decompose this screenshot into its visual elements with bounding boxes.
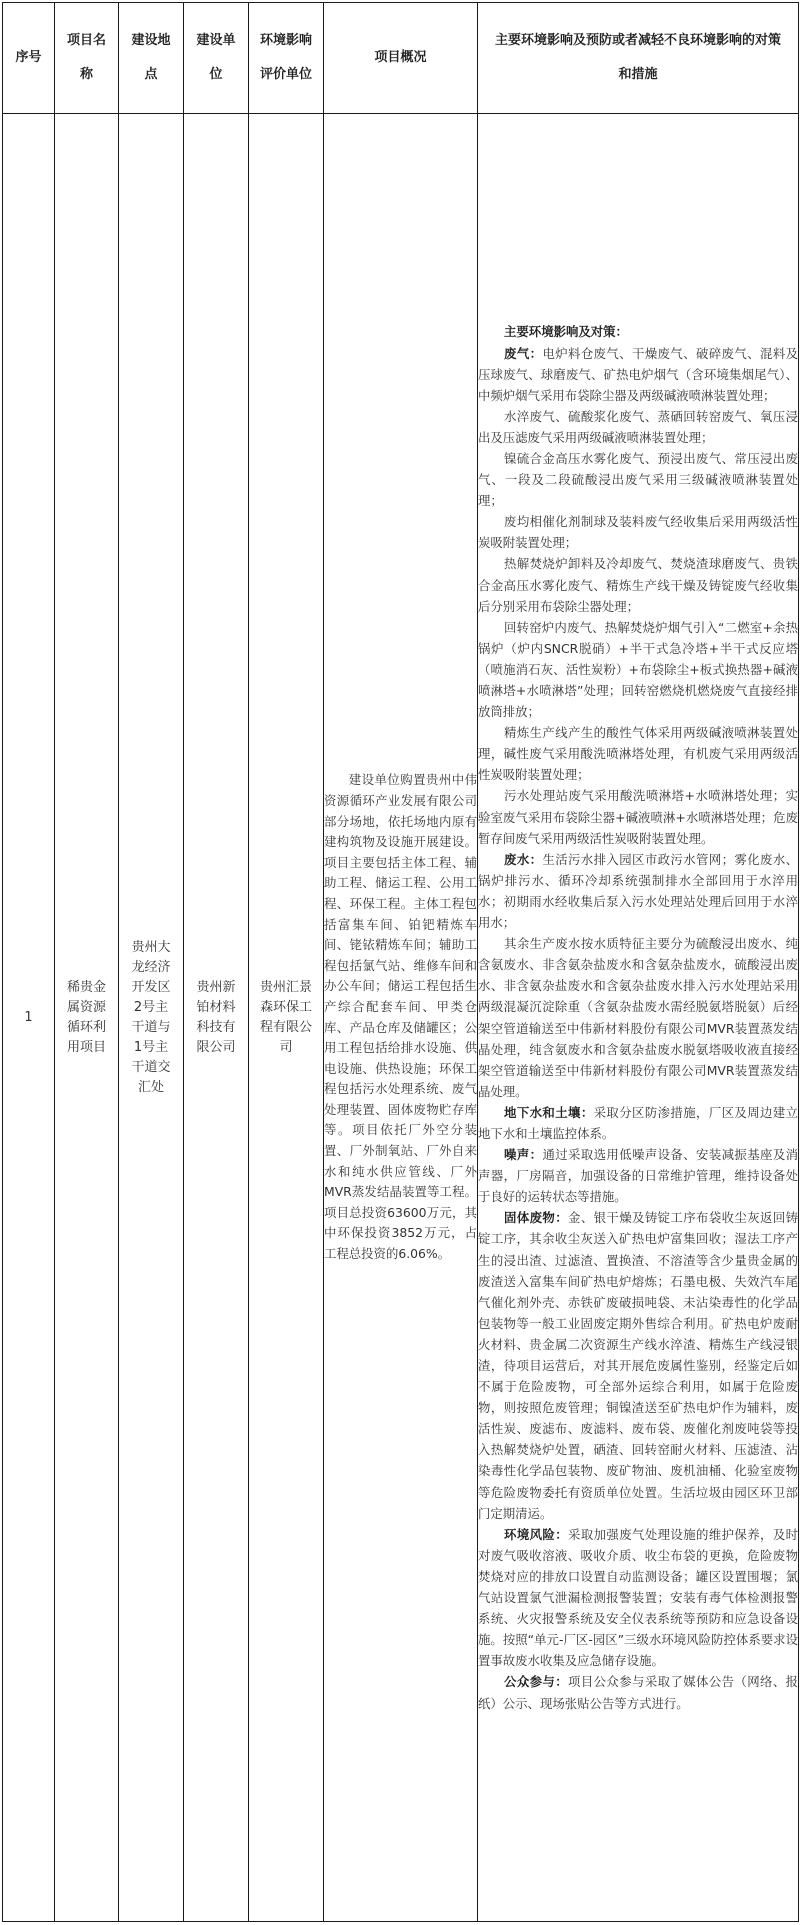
measure-paragraph: 环境风险：采取加强废气处理设施的维护保养，及时对废气吸收溶液、吸收介质、收尘布袋… [478, 1524, 798, 1672]
cell-location: 贵州大龙经济开发区2号主干道与1号主干道交汇处 [119, 114, 184, 1922]
cell-builder: 贵州新铂材料科技有限公司 [184, 114, 249, 1922]
measure-paragraph: 废气：电炉料仓废气、干燥废气、破碎废气、混料及压球废气、球磨废气、矿热电炉烟气（… [478, 343, 798, 406]
eia-approval-table: 序号 项目名称 建设地点 建设单位 环境影响评价单位 项目概况 主要环境影响及预… [2, 2, 799, 1922]
measure-paragraph: 固体废物：金、银干燥及铸锭工序布袋收尘灰返回铸锭工序，其余收尘灰送入矿热电炉富集… [478, 1207, 798, 1523]
measure-text: 热解焚烧炉卸料及冷却废气、焚烧渣球磨废气、贵铁合金高压水雾化废气、精炼生产线干燥… [478, 556, 798, 613]
cell-measures: 主要环境影响及对策： 废气：电炉料仓废气、干燥废气、破碎废气、混料及压球废气、球… [478, 114, 799, 1922]
measure-label: 噪声： [504, 1147, 542, 1162]
measure-text: 镍硫合金高压水雾化废气、预浸出废气、常压浸出废气、一段及二段硫酸浸出废气采用三级… [478, 451, 798, 508]
measure-label: 公众参与： [504, 1674, 568, 1689]
measure-label: 废气： [504, 346, 542, 361]
measure-paragraph: 污水处理站废气采用酸洗喷淋塔+水喷淋塔处理；实验室废气采用布袋除尘器+碱液喷淋+… [478, 785, 798, 848]
measure-paragraph: 其余生产废水按水质特征主要分为硫酸浸出废水、纯含氨废水、非含氨杂盐废水和含氨杂盐… [478, 933, 798, 1102]
header-measures: 主要环境影响及预防或者减轻不良环境影响的对策和措施 [478, 3, 799, 114]
header-overview: 项目概况 [324, 3, 478, 114]
measure-text: 精炼生产线产生的酸性气体采用两级碱液喷淋装置处理，碱性废气采用酸洗喷淋塔处理，有… [478, 725, 798, 782]
measures-title: 主要环境影响及对策： [478, 321, 798, 342]
measure-paragraph: 热解焚烧炉卸料及冷却废气、焚烧渣球磨废气、贵铁合金高压水雾化废气、精炼生产线干燥… [478, 553, 798, 616]
cell-project-name: 稀贵金属资源循环利用项目 [55, 114, 119, 1922]
measure-paragraph: 噪声：通过采取选用低噪声设备、安装减振基座及消声器，厂房隔音，加强设备的日常维护… [478, 1144, 798, 1207]
measure-paragraph: 水淬废气、硫酸浆化废气、蒸硒回转窑废气、氧压浸出及压滤废气采用两级碱液喷淋装置处… [478, 406, 798, 448]
measure-paragraph: 地下水和土壤：采取分区防渗措施，厂区及周边建立地下水和土壤监控体系。 [478, 1102, 798, 1144]
header-project-name: 项目名称 [55, 3, 119, 114]
table-row: 1 稀贵金属资源循环利用项目 贵州大龙经济开发区2号主干道与1号主干道交汇处 贵… [3, 114, 799, 1922]
measure-paragraph: 精炼生产线产生的酸性气体采用两级碱液喷淋装置处理，碱性废气采用酸洗喷淋塔处理，有… [478, 722, 798, 785]
overview-text: 建设单位购置贵州中伟资源循环产业发展有限公司部分场地，依托场地内原有建构筑物及设… [324, 770, 477, 1264]
measure-text: 采取加强废气处理设施的维护保养，及时对废气吸收溶液、吸收介质、收尘布袋的更换，危… [478, 1527, 798, 1669]
measure-text: 其余生产废水按水质特征主要分为硫酸浸出废水、纯含氨废水、非含氨杂盐废水和含氨杂盐… [478, 936, 798, 1099]
measure-paragraph: 废均相催化剂制球及装料废气经收集后采用两级活性炭吸附装置处理； [478, 511, 798, 553]
header-location: 建设地点 [119, 3, 184, 114]
measure-paragraph: 镍硫合金高压水雾化废气、预浸出废气、常压浸出废气、一段及二段硫酸浸出废气采用三级… [478, 448, 798, 511]
measure-text: 回转窑炉内废气、热解焚烧炉烟气引入“二燃室+余热锅炉（炉内SNCR脱硝）+半干式… [478, 620, 798, 719]
measure-text: 废均相催化剂制球及装料废气经收集后采用两级活性炭吸附装置处理； [478, 514, 798, 550]
header-seq: 序号 [3, 3, 55, 114]
measure-label: 固体废物： [504, 1210, 568, 1225]
measure-label: 环境风险： [504, 1527, 568, 1542]
measure-text: 水淬废气、硫酸浆化废气、蒸硒回转窑废气、氧压浸出及压滤废气采用两级碱液喷淋装置处… [478, 409, 798, 445]
measure-label: 地下水和土壤： [504, 1105, 594, 1120]
measures-paragraphs: 废气：电炉料仓废气、干燥废气、破碎废气、混料及压球废气、球磨废气、矿热电炉烟气（… [478, 343, 798, 1714]
header-row: 序号 项目名称 建设地点 建设单位 环境影响评价单位 项目概况 主要环境影响及预… [3, 3, 799, 114]
measure-paragraph: 公众参与：项目公众参与采取了媒体公告（网络、报纸）公示、现场张贴公告等方式进行。 [478, 1671, 798, 1713]
measure-label: 废水： [504, 852, 542, 867]
cell-overview: 建设单位购置贵州中伟资源循环产业发展有限公司部分场地，依托场地内原有建构筑物及设… [324, 114, 478, 1922]
measure-text: 金、银干燥及铸锭工序布袋收尘灰返回铸锭工序，其余收尘灰送入矿热电炉富集回收；湿法… [478, 1210, 798, 1520]
cell-seq: 1 [3, 114, 55, 1922]
measure-paragraph: 废水：生活污水排入园区市政污水管网；雾化废水、锅炉排污水、循环冷却系统强制排水全… [478, 849, 798, 933]
header-eia-unit: 环境影响评价单位 [249, 3, 324, 114]
measure-paragraph: 回转窑炉内废气、热解焚烧炉烟气引入“二燃室+余热锅炉（炉内SNCR脱硝）+半干式… [478, 617, 798, 722]
cell-eia-unit: 贵州汇景森环保工程有限公司 [249, 114, 324, 1922]
header-builder: 建设单位 [184, 3, 249, 114]
measure-text: 污水处理站废气采用酸洗喷淋塔+水喷淋塔处理；实验室废气采用布袋除尘器+碱液喷淋+… [478, 788, 798, 845]
